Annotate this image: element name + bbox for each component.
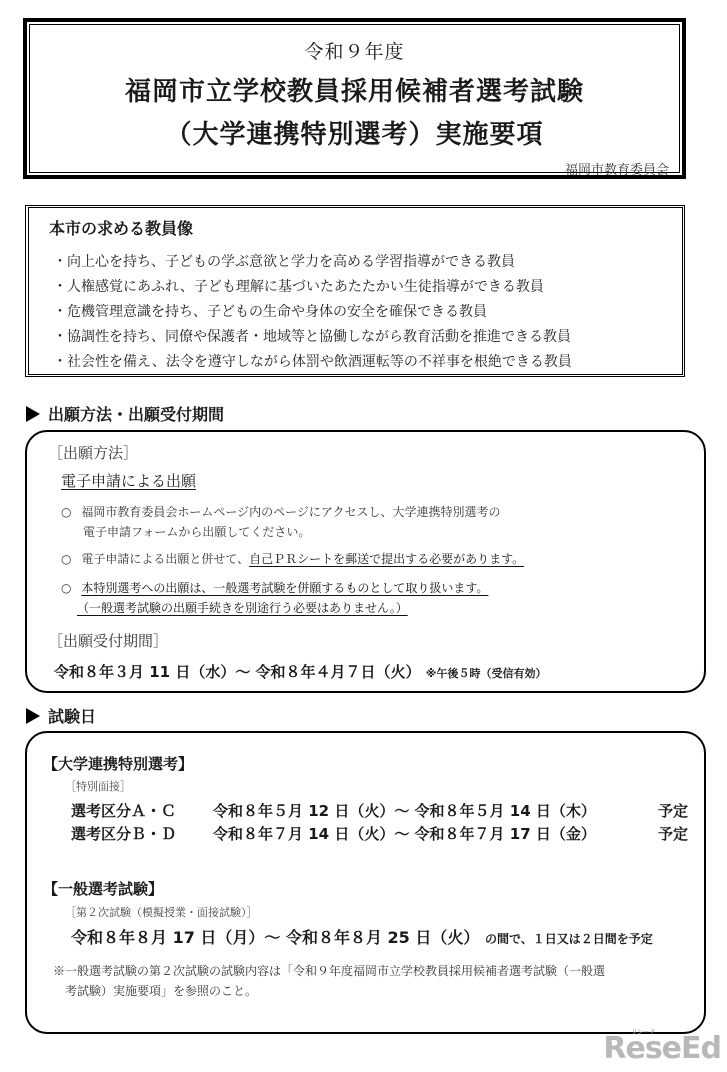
method-item-1-line2: 電子申請フォームから出願してください。: [83, 525, 310, 539]
document-subtitle: （大学連携特別選考）実施要項: [30, 114, 679, 151]
circle-bullet-icon: ○: [61, 581, 71, 595]
general-exam-period: 令和８年８月 17 日（月）～ 令和８年８月 25 日（火） の間で、１日又は２…: [71, 925, 653, 948]
method-item-2: ○ 電子申請による出願と併せて、自己ＰＲシートを郵送で提出する必要があります。: [61, 549, 524, 569]
general-exam-range-tail: の間で、１日又は２日間を予定: [485, 932, 653, 946]
method-item-2-underlined: 自己ＰＲシートを郵送で提出する必要があります。: [249, 552, 524, 566]
method-title: 電子申請による出願: [61, 470, 196, 491]
exam-section-heading: 試験日: [26, 704, 96, 727]
title-box: 令和９年度 福岡市立学校教員採用候補者選考試験 （大学連携特別選考）実施要項 福…: [23, 18, 686, 179]
triangle-bullet-icon: [26, 708, 40, 724]
watermark-text: ReseEd: [603, 1031, 721, 1066]
footnote-line2: 考試験）実施要項」を参照のこと。: [65, 984, 257, 998]
circle-bullet-icon: ○: [61, 552, 71, 566]
period-label: ［出願受付期間］: [48, 630, 168, 651]
fiscal-year: 令和９年度: [30, 37, 679, 64]
list-item: ・協調性を持ち、同僚や保護者・地域等と協働しながら教育活動を推進できる教員: [53, 325, 572, 350]
method-item-3-line2: （一般選考試験の出願手続きを別途行う必要はありません。）: [77, 601, 408, 615]
exam-heading-label: 試験日: [48, 704, 96, 727]
method-label: ［出願方法］: [48, 442, 138, 463]
application-period: 令和８年３月 11 日（水）～ 令和８年４月７日（火） ※午後５時（受信有効）: [54, 661, 546, 682]
general-exam-range: 令和８年８月 17 日（月）～ 令和８年８月 25 日（火）: [71, 928, 479, 947]
list-item: ・向上心を持ち、子どもの学ぶ意欲と学力を高める学習指導ができる教員: [53, 250, 572, 275]
method-item-2-text: 電子申請による出願と併せて、: [81, 552, 249, 566]
ideal-teacher-box: 本市の求める教員像 ・向上心を持ち、子どもの学ぶ意欲と学力を高める学習指導ができ…: [25, 205, 685, 377]
list-item: ・社会性を備え、法令を遵守しながら体罰や飲酒運転等の不祥事を根絶できる教員: [53, 350, 572, 375]
document-title: 福岡市立学校教員採用候補者選考試験: [30, 71, 679, 108]
special-interview-label: ［特別面接］: [65, 778, 131, 794]
resed-watermark-logo: リシード ReseEd: [603, 1031, 721, 1066]
application-period-range: 令和８年３月 11 日（水）～ 令和８年４月７日（火）: [54, 663, 421, 681]
general-exam-footnote: ※一般選考試験の第２次試験の試験内容は「令和９年度福岡市立学校教員採用候補者選考…: [53, 961, 708, 1001]
method-item-3: ○ 本特別選考への出願は、一般選考試験を併願するものとして取り扱います。 （一般…: [61, 578, 488, 618]
ideal-teacher-heading: 本市の求める教員像: [49, 216, 193, 239]
second-exam-label: ［第２次試験（模擬授業・面接試験）］: [65, 904, 258, 920]
exam-box: 【大学連携特別選考】 ［特別面接］ 選考区分Ａ・Ｃ 令和８年５月 12 日（火）…: [25, 731, 706, 1034]
issuing-organization: 福岡市教育委員会: [565, 159, 669, 178]
schedule-status: 予定: [658, 823, 688, 844]
general-exam-title: 【一般選考試験】: [43, 878, 163, 899]
list-item: ・危機管理意識を持ち、子どもの生命や身体の安全を確保できる教員: [53, 300, 572, 325]
schedule-row: 選考区分Ｂ・Ｄ 令和８年７月 14 日（火）～ 令和８年７月 17 日（金） 予…: [71, 823, 688, 844]
list-item: ・人権感覚にあふれ、子ども理解に基づいたあたたかい生徒指導ができる教員: [53, 275, 572, 300]
schedule-category: 選考区分Ｂ・Ｄ: [71, 823, 213, 844]
application-section-heading: 出願方法・出願受付期間: [26, 402, 224, 425]
application-box: ［出願方法］ 電子申請による出願 ○ 福岡市教育委員会ホームページ内のページにア…: [25, 430, 706, 693]
special-selection-title: 【大学連携特別選考】: [43, 753, 193, 774]
method-item-1-line1: 福岡市教育委員会ホームページ内のページにアクセスし、大学連携特別選考の: [81, 505, 500, 519]
application-heading-label: 出願方法・出願受付期間: [48, 402, 224, 425]
schedule-range: 令和８年７月 14 日（火）～ 令和８年７月 17 日（金）: [213, 823, 658, 844]
watermark-ruby: リシード: [631, 1027, 655, 1036]
method-item-1: ○ 福岡市教育委員会ホームページ内のページにアクセスし、大学連携特別選考の 電子…: [61, 502, 500, 542]
schedule-status: 予定: [658, 800, 688, 821]
title-box-inner: 令和９年度 福岡市立学校教員採用候補者選考試験 （大学連携特別選考）実施要項 福…: [29, 24, 680, 173]
schedule-range: 令和８年５月 12 日（火）～ 令和８年５月 14 日（木）: [213, 800, 658, 821]
circle-bullet-icon: ○: [61, 505, 71, 519]
footnote-line1: ※一般選考試験の第２次試験の試験内容は「令和９年度福岡市立学校教員採用候補者選考…: [53, 964, 605, 978]
schedule-category: 選考区分Ａ・Ｃ: [71, 800, 213, 821]
method-item-3-line1: 本特別選考への出願は、一般選考試験を併願するものとして取り扱います。: [81, 581, 488, 595]
ideal-teacher-list: ・向上心を持ち、子どもの学ぶ意欲と学力を高める学習指導ができる教員 ・人権感覚に…: [53, 250, 572, 375]
schedule-row: 選考区分Ａ・Ｃ 令和８年５月 12 日（火）～ 令和８年５月 14 日（木） 予…: [71, 800, 688, 821]
triangle-bullet-icon: [26, 406, 40, 422]
application-period-note: ※午後５時（受信有効）: [426, 667, 547, 680]
